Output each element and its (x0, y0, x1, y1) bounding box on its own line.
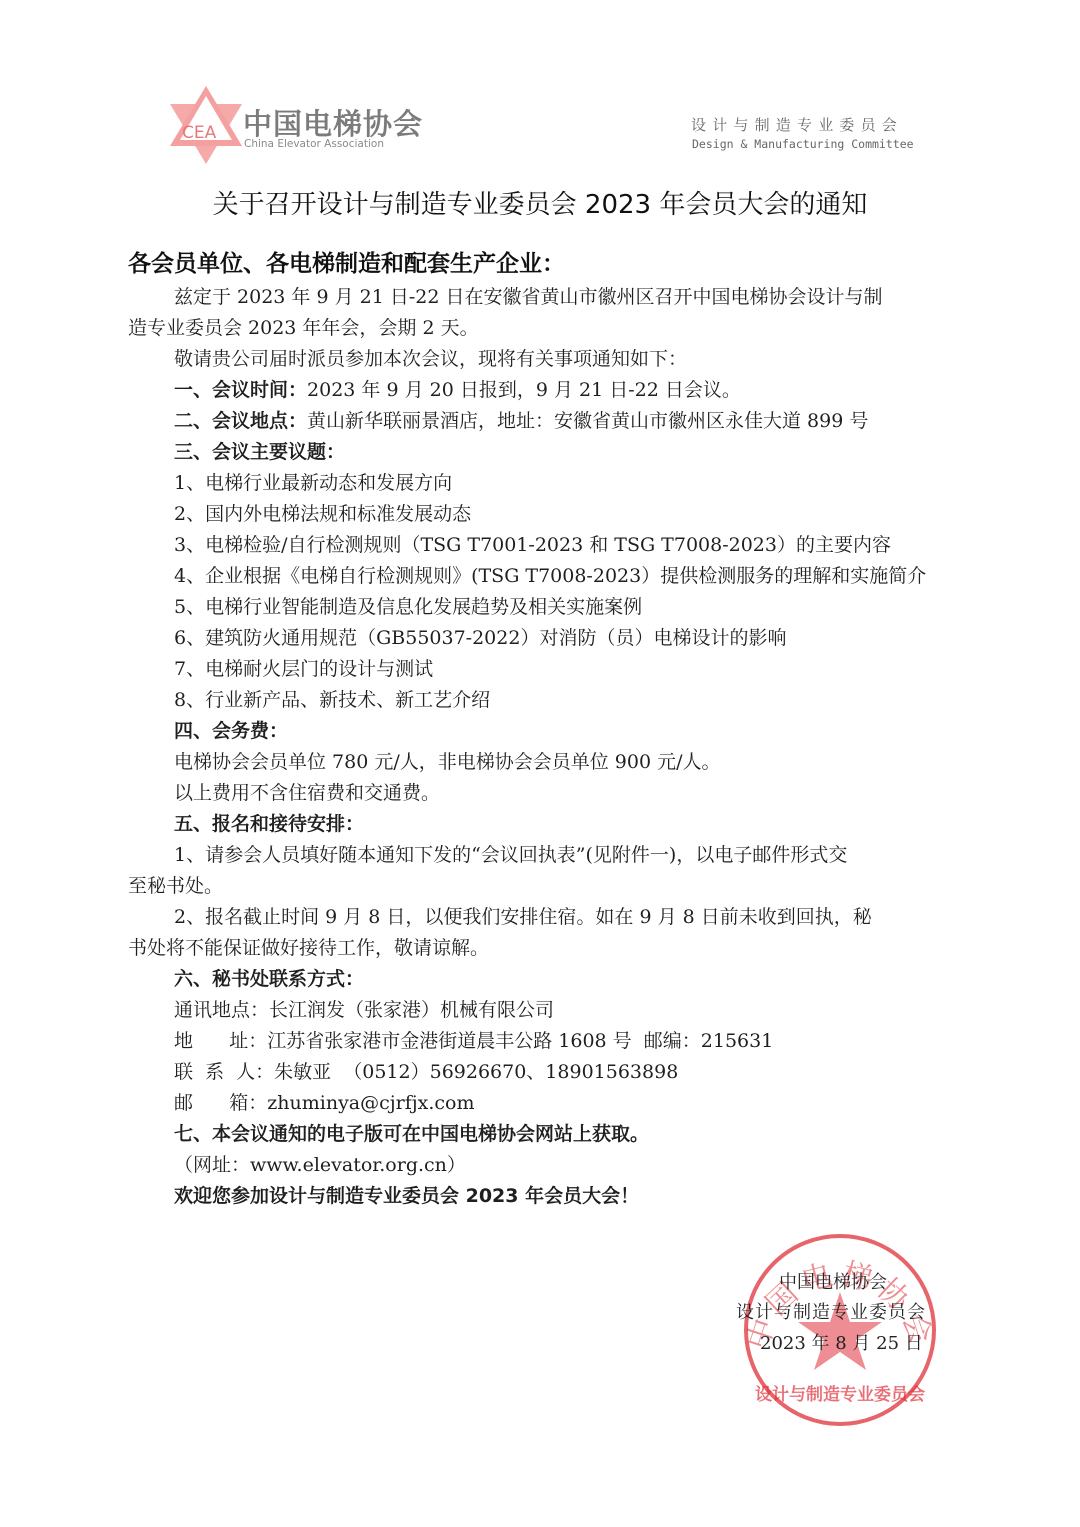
contact-label: 地 址： (174, 1030, 267, 1052)
committee-name-en: Design & Manufacturing Committee (692, 137, 914, 151)
logo-org-name-en: China Elevator Association (244, 138, 384, 150)
registration-item-line2: 至秘书处。 (128, 871, 223, 898)
topic-item: 8、行业新产品、新技术、新工艺介绍 (174, 685, 490, 712)
contact-row: 地 址：江苏省张家港市金港街道晨丰公路 1608 号 邮编：215631 (174, 1026, 773, 1053)
document-title: 关于召开设计与制造专业委员会 2023 年会员大会的通知 (0, 184, 1080, 221)
fee-note: 以上费用不含住宿费和交通费。 (174, 778, 440, 805)
closing-line: 欢迎您参加设计与制造专业委员会 2023 年会员大会！ (174, 1181, 639, 1208)
contact-label: 通讯地点： (174, 999, 269, 1021)
signature-org: 中国电梯协会 (779, 1268, 887, 1294)
signature-date: 2023 年 8 月 25 日 (760, 1329, 923, 1355)
seal-bottom-text: 设计与制造专业委员会 (755, 1384, 925, 1405)
logo-badge-text: CEA (182, 123, 216, 143)
contact-row: 联 系 人：朱敏亚 （0512）56926670、18901563898 (174, 1057, 678, 1084)
registration-item-line1: 2、报名截止时间 9 月 8 日，以便我们安排住宿。如在 9 月 8 日前未收到… (174, 902, 872, 929)
section-meeting-time: 一、会议时间：2023 年 9 月 20 日报到，9 月 21 日-22 日会议… (174, 375, 741, 402)
section-fee-heading: 四、会务费： (174, 716, 288, 743)
section-contact-heading: 六、秘书处联系方式： (174, 964, 364, 991)
intro-paragraph-line2: 造专业委员会 2023 年年会，会期 2 天。 (128, 313, 479, 340)
fee-line: 电梯协会会员单位 780 元/人，非电梯协会会员单位 900 元/人。 (174, 747, 721, 774)
topic-item: 3、电梯检验/自行检测规则（TSG T7001-2023 和 TSG T7008… (174, 530, 891, 557)
section-heading: 二、会议地点： (174, 410, 307, 432)
intro-paragraph-line1: 兹定于 2023 年 9 月 21 日-22 日在安徽省黄山市徽州区召开中国电梯… (174, 282, 883, 309)
contact-value: 长江润发（张家港）机械有限公司 (269, 999, 554, 1021)
section-registration-heading: 五、报名和接待安排： (174, 809, 364, 836)
section-text: 2023 年 9 月 20 日报到，9 月 21 日-22 日会议。 (307, 379, 741, 401)
contact-email[interactable]: zhuminya@cjrfjx.com (267, 1092, 474, 1114)
contact-label: 联 系 人： (174, 1061, 274, 1083)
topic-item: 7、电梯耐火层门的设计与测试 (174, 654, 433, 681)
contact-row: 通讯地点：长江润发（张家港）机械有限公司 (174, 995, 554, 1022)
topic-item: 2、国内外电梯法规和标准发展动态 (174, 499, 471, 526)
registration-item-line2: 书处将不能保证做好接待工作，敬请谅解。 (128, 933, 489, 960)
website-link[interactable]: （网址：www.elevator.org.cn） (174, 1150, 466, 1177)
topic-item: 1、电梯行业最新动态和发展方向 (174, 468, 452, 495)
section-text: 黄山新华联丽景酒店，地址：安徽省黄山市徽州区永佳大道 899 号 (307, 410, 868, 432)
topic-item: 4、企业根据《电梯自行检测规则》(TSG T7008-2023）提供检测服务的理… (174, 561, 926, 588)
contact-value: 江苏省张家港市金港街道晨丰公路 1608 号 邮编：215631 (267, 1030, 773, 1052)
salutation: 各会员单位、各电梯制造和配套生产企业： (128, 245, 565, 278)
contact-row: 邮 箱：zhuminya@cjrfjx.com (174, 1088, 475, 1115)
logo-org-name-cn: 中国电梯协会 (243, 102, 423, 143)
intro-request: 敬请贵公司届时派员参加本次会议，现将有关事项通知如下： (174, 344, 687, 371)
section-electronic-heading: 七、本会议通知的电子版可在中国电梯协会网站上获取。 (174, 1119, 649, 1146)
topic-item: 6、建筑防火通用规范（GB55037-2022）对消防（员）电梯设计的影响 (174, 623, 786, 650)
contact-label: 邮 箱： (174, 1092, 267, 1114)
section-topics-heading: 三、会议主要议题： (174, 437, 345, 464)
registration-item-line1: 1、请参会人员填好随本通知下发的“会议回执表”(见附件一)，以电子邮件形式交 (174, 840, 847, 867)
section-heading: 一、会议时间： (174, 379, 307, 401)
section-meeting-venue: 二、会议地点：黄山新华联丽景酒店，地址：安徽省黄山市徽州区永佳大道 899 号 (174, 406, 868, 433)
committee-name-cn: 设计与制造专业委员会 (691, 114, 903, 135)
contact-value: 朱敏亚 （0512）56926670、18901563898 (274, 1061, 678, 1083)
topic-item: 5、电梯行业智能制造及信息化发展趋势及相关实施案例 (174, 592, 642, 619)
signature-committee: 设计与制造专业委员会 (736, 1298, 926, 1324)
